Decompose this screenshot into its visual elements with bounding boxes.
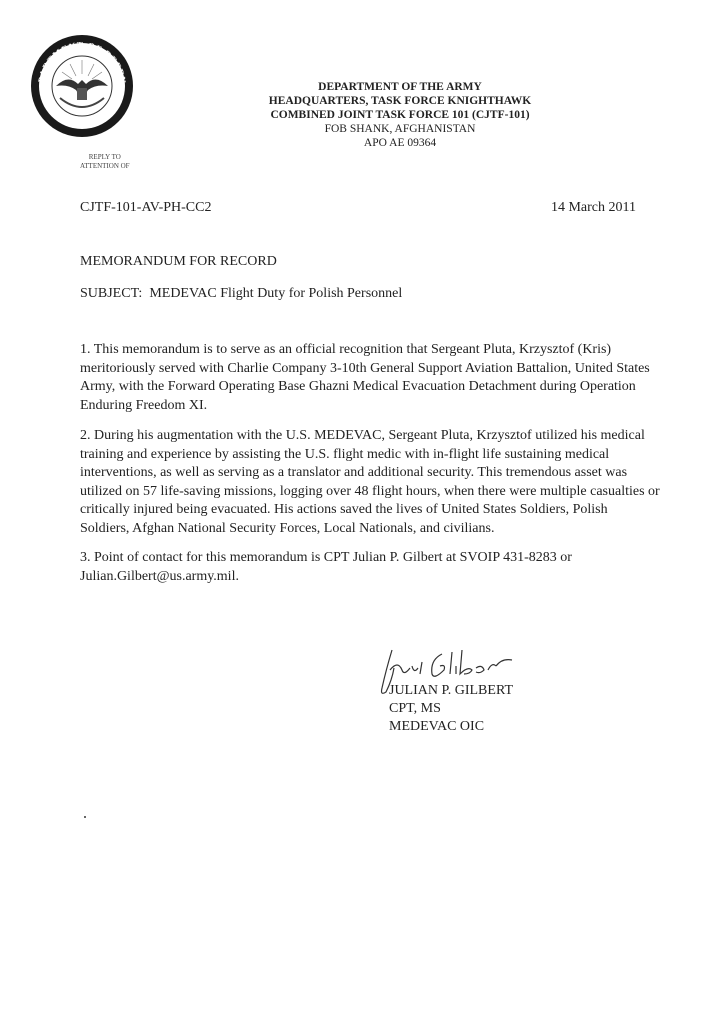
paragraph-1: 1. This memorandum is to serve as an off…	[80, 341, 660, 415]
paragraph-3: 3. Point of contact for this memorandum …	[80, 549, 660, 586]
signer-title: MEDEVAC OIC	[389, 718, 513, 736]
signature-block: JULIAN P. GILBERT CPT, MS MEDEVAC OIC	[389, 682, 513, 736]
paragraph-2: 2. During his augmentation with the U.S.…	[80, 427, 660, 539]
subject-line: SUBJECT: MEDEVAC Flight Duty for Polish …	[80, 286, 402, 302]
dod-seal-icon: DEPARTMENT OF DEFENSE UNITED STATES OF A…	[30, 34, 134, 138]
letterhead: DEPARTMENT OF THE ARMY HEADQUARTERS, TAS…	[250, 80, 550, 150]
letterhead-department: DEPARTMENT OF THE ARMY	[250, 80, 550, 94]
signer-name: JULIAN P. GILBERT	[389, 682, 513, 700]
reply-to-label: REPLY TO ATTENTION OF	[80, 153, 130, 171]
signer-rank: CPT, MS	[389, 700, 513, 718]
office-symbol: CJTF-101-AV-PH-CC2	[80, 200, 211, 216]
scan-speck	[84, 816, 86, 818]
reply-to-line: REPLY TO	[80, 153, 130, 162]
letterhead-location: FOB SHANK, AFGHANISTAN	[250, 122, 550, 136]
letterhead-task-force: COMBINED JOINT TASK FORCE 101 (CJTF-101)	[250, 108, 550, 122]
attention-of-line: ATTENTION OF	[80, 162, 130, 171]
memorandum-for: MEMORANDUM FOR RECORD	[80, 254, 277, 270]
letterhead-apo: APO AE 09364	[250, 136, 550, 150]
memo-date: 14 March 2011	[551, 200, 636, 216]
letterhead-headquarters: HEADQUARTERS, TASK FORCE KNIGHTHAWK	[250, 94, 550, 108]
